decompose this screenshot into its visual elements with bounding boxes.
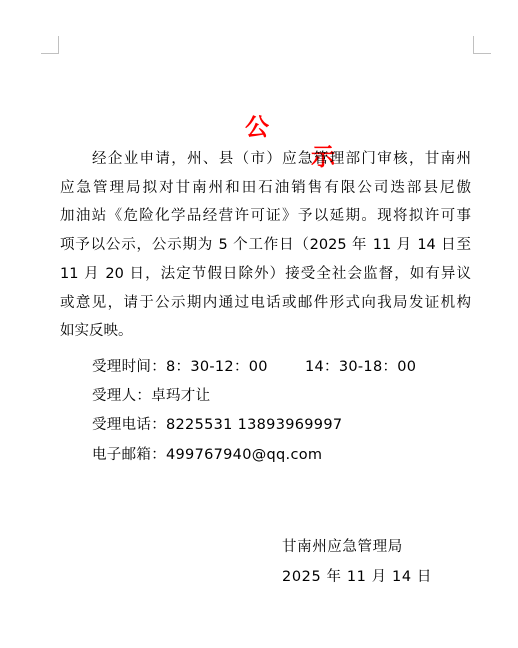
email-label: 电子邮箱： bbox=[92, 447, 166, 463]
phone-line: 受理电话：8225531 13893969997 bbox=[92, 416, 342, 434]
contact-person-line: 受理人：卓玛才让 bbox=[92, 387, 210, 405]
body-line-4: 项予以公示，公示期为 5 个工作日（2025 年 11 月 14 日至 bbox=[60, 236, 471, 254]
body-line-1: 经企业申请，州、县（市）应急管理部门审核，甘南州 bbox=[92, 150, 471, 168]
email-line: 电子邮箱：499767940@qq.com bbox=[92, 446, 322, 464]
body-line-7: 如实反映。 bbox=[60, 322, 133, 340]
document-page: 公 示 经企业申请，州、县（市）应急管理部门审核，甘南州 应急管理局拟对甘南州和… bbox=[0, 0, 518, 648]
phone-numbers: 8225531 13893969997 bbox=[166, 417, 342, 433]
phone-label: 受理电话： bbox=[92, 417, 166, 433]
title-char-1: 公 bbox=[245, 112, 269, 142]
office-hours-afternoon: 14：30-18：00 bbox=[305, 358, 416, 376]
email-address: 499767940@qq.com bbox=[166, 447, 322, 463]
office-hours-morning: 8：30-12：00 bbox=[166, 359, 268, 375]
top-right-margin-mark bbox=[473, 36, 491, 54]
issue-date: 2025 年 11 月 14 日 bbox=[282, 568, 432, 586]
body-line-3: 加油站《危险化学品经营许可证》予以延期。现将拟许可事 bbox=[60, 207, 471, 225]
body-line-2: 应急管理局拟对甘南州和田石油销售有限公司迭部县尼傲 bbox=[60, 179, 471, 197]
top-left-margin-mark bbox=[41, 36, 59, 54]
issuer-signature: 甘南州应急管理局 bbox=[282, 538, 403, 556]
contact-person-label: 受理人： bbox=[92, 388, 151, 404]
body-line-5: 11 月 20 日，法定节假日除外）接受全社会监督，如有异议 bbox=[60, 265, 471, 283]
contact-person-name: 卓玛才让 bbox=[151, 388, 210, 404]
body-line-6: 或意见，请于公示期内通过电话或邮件形式向我局发证机构 bbox=[60, 294, 471, 312]
office-hours-label: 受理时间： bbox=[92, 359, 166, 375]
